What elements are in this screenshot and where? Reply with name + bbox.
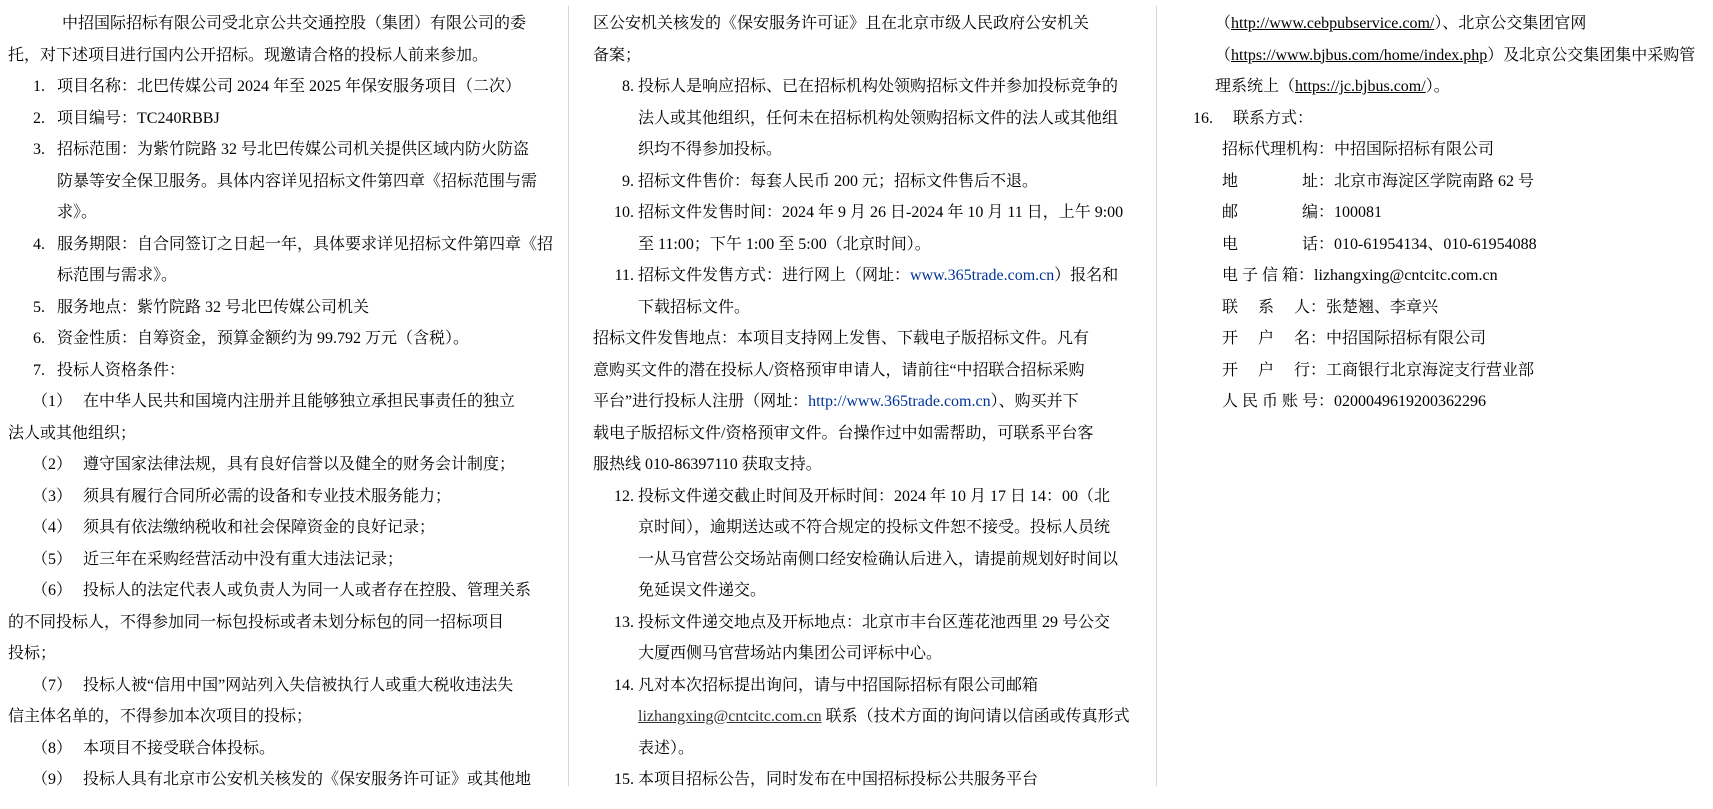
doc-line: 16.联系方式： — [1185, 103, 1711, 135]
list-marker: 2. — [33, 103, 57, 135]
doc-line: （4）须具有依法缴纳税收和社会保障资金的良好记录； — [8, 512, 564, 544]
text-segment: 招标文件售价：每套人民币 200 元；招标文件售后不退。 — [638, 173, 1038, 190]
text-segment: 投标人具有北京市公安机关核发的《保安服务许可证》或其他地 — [83, 771, 531, 788]
hyperlink[interactable]: http://www.365trade.com.cn — [808, 393, 990, 410]
text-segment: 联系方式： — [1233, 110, 1313, 127]
doc-line: 地 址：北京市海淀区学院南路 62 号 — [1185, 166, 1711, 198]
text-segment: 理系统上（ — [1215, 78, 1295, 95]
text-segment: 联 系 人：张楚翘、李章兴 — [1222, 299, 1438, 316]
doc-line: 织均不得参加投标。 — [593, 134, 1153, 166]
doc-line: 备案； — [593, 40, 1153, 72]
list-marker: 12. — [603, 481, 638, 513]
doc-line: 14.凡对本次招标提出询问，请与中招国际招标有限公司邮箱 — [593, 670, 1153, 702]
text-segment: 投标人资格条件： — [57, 362, 185, 379]
email-link[interactable]: lizhangxing@cntcitc.com.cn — [638, 708, 822, 725]
doc-line: 中招国际招标有限公司受北京公共交通控股（集团）有限公司的委 — [8, 8, 564, 40]
text-segment: （ — [1215, 47, 1231, 64]
doc-line: 投标； — [8, 638, 564, 670]
text-segment: ）报名和 — [1054, 267, 1118, 284]
text-segment: 托，对下述项目进行国内公开招标。现邀请合格的投标人前来参加。 — [8, 47, 488, 64]
text-segment: 招标文件发售时间：2024 年 9 月 26 日-2024 年 10 月 11 … — [638, 204, 1123, 221]
text-segment: 平台”进行投标人注册（网址： — [593, 393, 808, 410]
list-marker: （7） — [32, 670, 83, 702]
text-segment: 的不同投标人，不得参加同一标包投标或者未划分标包的同一招标项目 — [8, 614, 504, 631]
doc-line: 11.招标文件发售方式：进行网上（网址：www.365trade.com.cn）… — [593, 260, 1153, 292]
text-segment: 投标人是响应招标、已在招标机构处领购招标文件并参加投标竞争的 — [638, 78, 1118, 95]
doc-line: （7）投标人被“信用中国”网站列入失信被执行人或重大税收违法失 — [8, 670, 564, 702]
doc-line: 7.投标人资格条件： — [8, 355, 564, 387]
hyperlink[interactable]: https://jc.bjbus.com/ — [1295, 78, 1426, 95]
doc-line: （5）近三年在采购经营活动中没有重大违法记录； — [8, 544, 564, 576]
doc-line: （3）须具有履行合同所必需的设备和专业技术服务能力； — [8, 481, 564, 513]
doc-line: 标范围与需求》。 — [8, 260, 564, 292]
doc-line: 8.投标人是响应招标、已在招标机构处领购招标文件并参加投标竞争的 — [593, 71, 1153, 103]
doc-line: 免延误文件递交。 — [593, 575, 1153, 607]
text-segment: 织均不得参加投标。 — [638, 141, 782, 158]
text-segment: ）、购买并下 — [991, 393, 1079, 410]
doc-line: 服热线 010-86397110 获取支持。 — [593, 449, 1153, 481]
list-marker: （6） — [32, 575, 83, 607]
column-divider-1 — [568, 6, 569, 786]
doc-line: 载电子版招标文件/资格预审文件。台操作过中如需帮助，可联系平台客 — [593, 418, 1153, 450]
list-marker: 3. — [33, 134, 57, 166]
doc-line: 2.项目编号：TC240RBBJ — [8, 103, 564, 135]
text-segment: 区公安机关核发的《保安服务许可证》且在北京市级人民政府公安机关 — [593, 15, 1089, 32]
doc-line: 区公安机关核发的《保安服务许可证》且在北京市级人民政府公安机关 — [593, 8, 1153, 40]
text-segment: 本项目招标公告，同时发布在中国招标投标公共服务平台 — [638, 771, 1038, 788]
list-marker: 8. — [603, 71, 638, 103]
text-segment: 项目编号：TC240RBBJ — [57, 110, 220, 127]
doc-line: 理系统上（https://jc.bjbus.com/）。 — [1185, 71, 1711, 103]
doc-line: 4.服务期限：自合同签订之日起一年，具体要求详见招标文件第四章《招 — [8, 229, 564, 261]
doc-line: 托，对下述项目进行国内公开招标。现邀请合格的投标人前来参加。 — [8, 40, 564, 72]
text-segment: 投标人的法定代表人或负责人为同一人或者存在控股、管理关系 — [83, 582, 531, 599]
text-segment: 邮 编：100081 — [1222, 204, 1382, 221]
list-marker: 10. — [603, 197, 638, 229]
list-marker: 15. — [603, 764, 638, 796]
doc-line: 13.投标文件递交地点及开标地点：北京市丰台区莲花池西里 29 号公交 — [593, 607, 1153, 639]
text-segment: 信主体名单的，不得参加本次项目的投标； — [8, 708, 312, 725]
doc-line: 一从马官营公交场站南侧口经安检确认后进入，请提前规划好时间以 — [593, 544, 1153, 576]
text-segment: 服热线 010-86397110 获取支持。 — [593, 456, 822, 473]
text-segment: （ — [1215, 15, 1231, 32]
text-segment: 服务地点：紫竹院路 32 号北巴传媒公司机关 — [57, 299, 369, 316]
doc-line: lizhangxing@cntcitc.com.cn 联系（技术方面的询问请以信… — [593, 701, 1153, 733]
text-segment: 大厦西侧马官营场站内集团公司评标中心。 — [638, 645, 942, 662]
doc-line: 法人或其他组织； — [8, 418, 564, 450]
hyperlink[interactable]: http://www.cebpubservice.com/ — [1231, 15, 1434, 32]
list-marker: 7. — [33, 355, 57, 387]
doc-line: 的不同投标人，不得参加同一标包投标或者未划分标包的同一招标项目 — [8, 607, 564, 639]
doc-line: 大厦西侧马官营场站内集团公司评标中心。 — [593, 638, 1153, 670]
hyperlink[interactable]: www.365trade.com.cn — [910, 267, 1054, 284]
text-segment: 须具有依法缴纳税收和社会保障资金的良好记录； — [83, 519, 435, 536]
text-segment: 防暴等安全保卫服务。具体内容详见招标文件第四章《招标范围与需 — [57, 173, 537, 190]
doc-line: 京时间），逾期送达或不符合规定的投标文件恕不接受。投标人员统 — [593, 512, 1153, 544]
text-segment: ）。 — [1426, 78, 1450, 95]
doc-line: （1）在中华人民共和国境内注册并且能够独立承担民事责任的独立 — [8, 386, 564, 418]
text-segment: 项目名称：北巴传媒公司 2024 年至 2025 年保安服务项目（二次） — [57, 78, 521, 95]
text-segment: 备案； — [593, 47, 641, 64]
text-segment: 联系（技术方面的询问请以信函或传真形式 — [822, 708, 1130, 725]
text-segment: 投标文件递交截止时间及开标时间：2024 年 10 月 17 日 14：00（北 — [638, 488, 1110, 505]
text-segment: 遵守国家法律法规，具有良好信誉以及健全的财务会计制度； — [83, 456, 515, 473]
text-segment: 法人或其他组织； — [8, 425, 136, 442]
doc-line: 联 系 人：张楚翘、李章兴 — [1185, 292, 1711, 324]
list-marker: 13. — [603, 607, 638, 639]
doc-line: 电 话：010-61954134、010-61954088 — [1185, 229, 1711, 261]
doc-line: 6.资金性质：自筹资金，预算金额约为 99.792 万元（含税）。 — [8, 323, 564, 355]
text-segment: 资金性质：自筹资金，预算金额约为 99.792 万元（含税）。 — [57, 330, 469, 347]
text-segment: 服务期限：自合同签订之日起一年，具体要求详见招标文件第四章《招 — [57, 236, 553, 253]
text-segment: ）、北京公交集团官网 — [1434, 15, 1586, 32]
column-1: 中招国际招标有限公司受北京公共交通控股（集团）有限公司的委托，对下述项目进行国内… — [8, 8, 564, 796]
text-segment: 招标代理机构：中招国际招标有限公司 — [1222, 141, 1494, 158]
text-segment: 至 11:00；下午 1:00 至 5:00（北京时间）。 — [638, 236, 931, 253]
text-segment: 招标文件发售地点：本项目支持网上发售、下载电子版招标文件。凡有 — [593, 330, 1089, 347]
text-segment: 本项目不接受联合体投标。 — [83, 740, 275, 757]
text-segment: 投标文件递交地点及开标地点：北京市丰台区莲花池西里 29 号公交 — [638, 614, 1110, 631]
doc-line: 12.投标文件递交截止时间及开标时间：2024 年 10 月 17 日 14：0… — [593, 481, 1153, 513]
doc-line: （http://www.cebpubservice.com/）、北京公交集团官网 — [1185, 8, 1711, 40]
doc-line: 平台”进行投标人注册（网址：http://www.365trade.com.cn… — [593, 386, 1153, 418]
text-segment: 载电子版招标文件/资格预审文件。台操作过中如需帮助，可联系平台客 — [593, 425, 1093, 442]
doc-line: （https://www.bjbus.com/home/index.php）及北… — [1185, 40, 1711, 72]
text-segment: 开 户 行：工商银行北京海淀支行营业部 — [1222, 362, 1534, 379]
text-segment: 意购买文件的潜在投标人/资格预审申请人，请前往“中招联合招标采购 — [593, 362, 1085, 379]
text-segment: 在中华人民共和国境内注册并且能够独立承担民事责任的独立 — [83, 393, 515, 410]
list-marker: （2） — [32, 449, 83, 481]
text-segment: 招标范围：为紫竹院路 32 号北巴传媒公司机关提供区域内防火防盗 — [57, 141, 529, 158]
text-segment: 须具有履行合同所必需的设备和专业技术服务能力； — [83, 488, 451, 505]
text-segment: ）及北京公交集团集中采购管 — [1487, 47, 1695, 64]
text-segment: 投标人被“信用中国”网站列入失信被执行人或重大税收违法失 — [83, 677, 513, 694]
list-marker: （5） — [32, 544, 83, 576]
list-marker: 4. — [33, 229, 57, 261]
doc-line: 5.服务地点：紫竹院路 32 号北巴传媒公司机关 — [8, 292, 564, 324]
text-segment: 下载招标文件。 — [638, 299, 750, 316]
doc-line: （8）本项目不接受联合体投标。 — [8, 733, 564, 765]
doc-line: 表述）。 — [593, 733, 1153, 765]
text-segment: 电 话：010-61954134、010-61954088 — [1222, 236, 1537, 253]
doc-line: 电 子 信 箱：lizhangxing@cntcitc.com.cn — [1185, 260, 1711, 292]
list-marker: （4） — [32, 512, 83, 544]
text-segment: 求》。 — [57, 204, 97, 221]
text-segment: 开 户 名：中招国际招标有限公司 — [1222, 330, 1486, 347]
text-segment: 免延误文件递交。 — [638, 582, 766, 599]
text-segment: 人 民 币 账 号：0200049619200362296 — [1222, 393, 1486, 410]
list-marker: （9） — [32, 764, 83, 796]
text-segment: 凡对本次招标提出询问，请与中招国际招标有限公司邮箱 — [638, 677, 1038, 694]
doc-line: （2）遵守国家法律法规，具有良好信誉以及健全的财务会计制度； — [8, 449, 564, 481]
column-divider-2 — [1156, 6, 1157, 786]
text-segment: 电 子 信 箱：lizhangxing@cntcitc.com.cn — [1222, 267, 1498, 284]
doc-line: 10.招标文件发售时间：2024 年 9 月 26 日-2024 年 10 月 … — [593, 197, 1153, 229]
list-marker: （3） — [32, 481, 83, 513]
column-3: （http://www.cebpubservice.com/）、北京公交集团官网… — [1185, 8, 1711, 418]
doc-line: 人 民 币 账 号：0200049619200362296 — [1185, 386, 1711, 418]
list-marker: （1） — [32, 386, 83, 418]
hyperlink[interactable]: https://www.bjbus.com/home/index.php — [1231, 47, 1487, 64]
text-segment: 近三年在采购经营活动中没有重大违法记录； — [83, 551, 403, 568]
doc-line: （6）投标人的法定代表人或负责人为同一人或者存在控股、管理关系 — [8, 575, 564, 607]
list-marker: 11. — [603, 260, 638, 292]
text-segment: 法人或其他组织，任何未在招标机构处领购招标文件的法人或其他组 — [638, 110, 1118, 127]
doc-line: 开 户 行：工商银行北京海淀支行营业部 — [1185, 355, 1711, 387]
list-marker: 14. — [603, 670, 638, 702]
text-segment: 标范围与需求》。 — [57, 267, 177, 284]
doc-line: 3.招标范围：为紫竹院路 32 号北巴传媒公司机关提供区域内防火防盗 — [8, 134, 564, 166]
list-marker: 6. — [33, 323, 57, 355]
doc-line: 15.本项目招标公告，同时发布在中国招标投标公共服务平台 — [593, 764, 1153, 796]
text-segment: 表述）。 — [638, 740, 694, 757]
doc-line: 招标文件发售地点：本项目支持网上发售、下载电子版招标文件。凡有 — [593, 323, 1153, 355]
list-marker: 9. — [603, 166, 638, 198]
list-marker: 5. — [33, 292, 57, 324]
doc-line: 至 11:00；下午 1:00 至 5:00（北京时间）。 — [593, 229, 1153, 261]
text-segment: 地 址：北京市海淀区学院南路 62 号 — [1222, 173, 1534, 190]
text-segment: 一从马官营公交场站南侧口经安检确认后进入，请提前规划好时间以 — [638, 551, 1118, 568]
column-2: 区公安机关核发的《保安服务许可证》且在北京市级人民政府公安机关备案；8.投标人是… — [593, 8, 1153, 796]
doc-line: 求》。 — [8, 197, 564, 229]
doc-line: 信主体名单的，不得参加本次项目的投标； — [8, 701, 564, 733]
doc-line: 招标代理机构：中招国际招标有限公司 — [1185, 134, 1711, 166]
doc-line: 1.项目名称：北巴传媒公司 2024 年至 2025 年保安服务项目（二次） — [8, 71, 564, 103]
list-marker: 16. — [1193, 103, 1233, 135]
doc-line: 法人或其他组织，任何未在招标机构处领购招标文件的法人或其他组 — [593, 103, 1153, 135]
doc-line: 开 户 名：中招国际招标有限公司 — [1185, 323, 1711, 355]
doc-line: 防暴等安全保卫服务。具体内容详见招标文件第四章《招标范围与需 — [8, 166, 564, 198]
text-segment: 京时间），逾期送达或不符合规定的投标文件恕不接受。投标人员统 — [638, 519, 1110, 536]
text-segment: 中招国际招标有限公司受北京公共交通控股（集团）有限公司的委 — [62, 15, 526, 32]
list-marker: 1. — [33, 71, 57, 103]
doc-line: 邮 编：100081 — [1185, 197, 1711, 229]
doc-line: 下载招标文件。 — [593, 292, 1153, 324]
tender-notice-document: 中招国际招标有限公司受北京公共交通控股（集团）有限公司的委托，对下述项目进行国内… — [0, 0, 1713, 809]
list-marker: （8） — [32, 733, 83, 765]
doc-line: （9）投标人具有北京市公安机关核发的《保安服务许可证》或其他地 — [8, 764, 564, 796]
doc-line: 9.招标文件售价：每套人民币 200 元；招标文件售后不退。 — [593, 166, 1153, 198]
text-segment: 投标； — [8, 645, 56, 662]
doc-line: 意购买文件的潜在投标人/资格预审申请人，请前往“中招联合招标采购 — [593, 355, 1153, 387]
text-segment: 招标文件发售方式：进行网上（网址： — [638, 267, 910, 284]
